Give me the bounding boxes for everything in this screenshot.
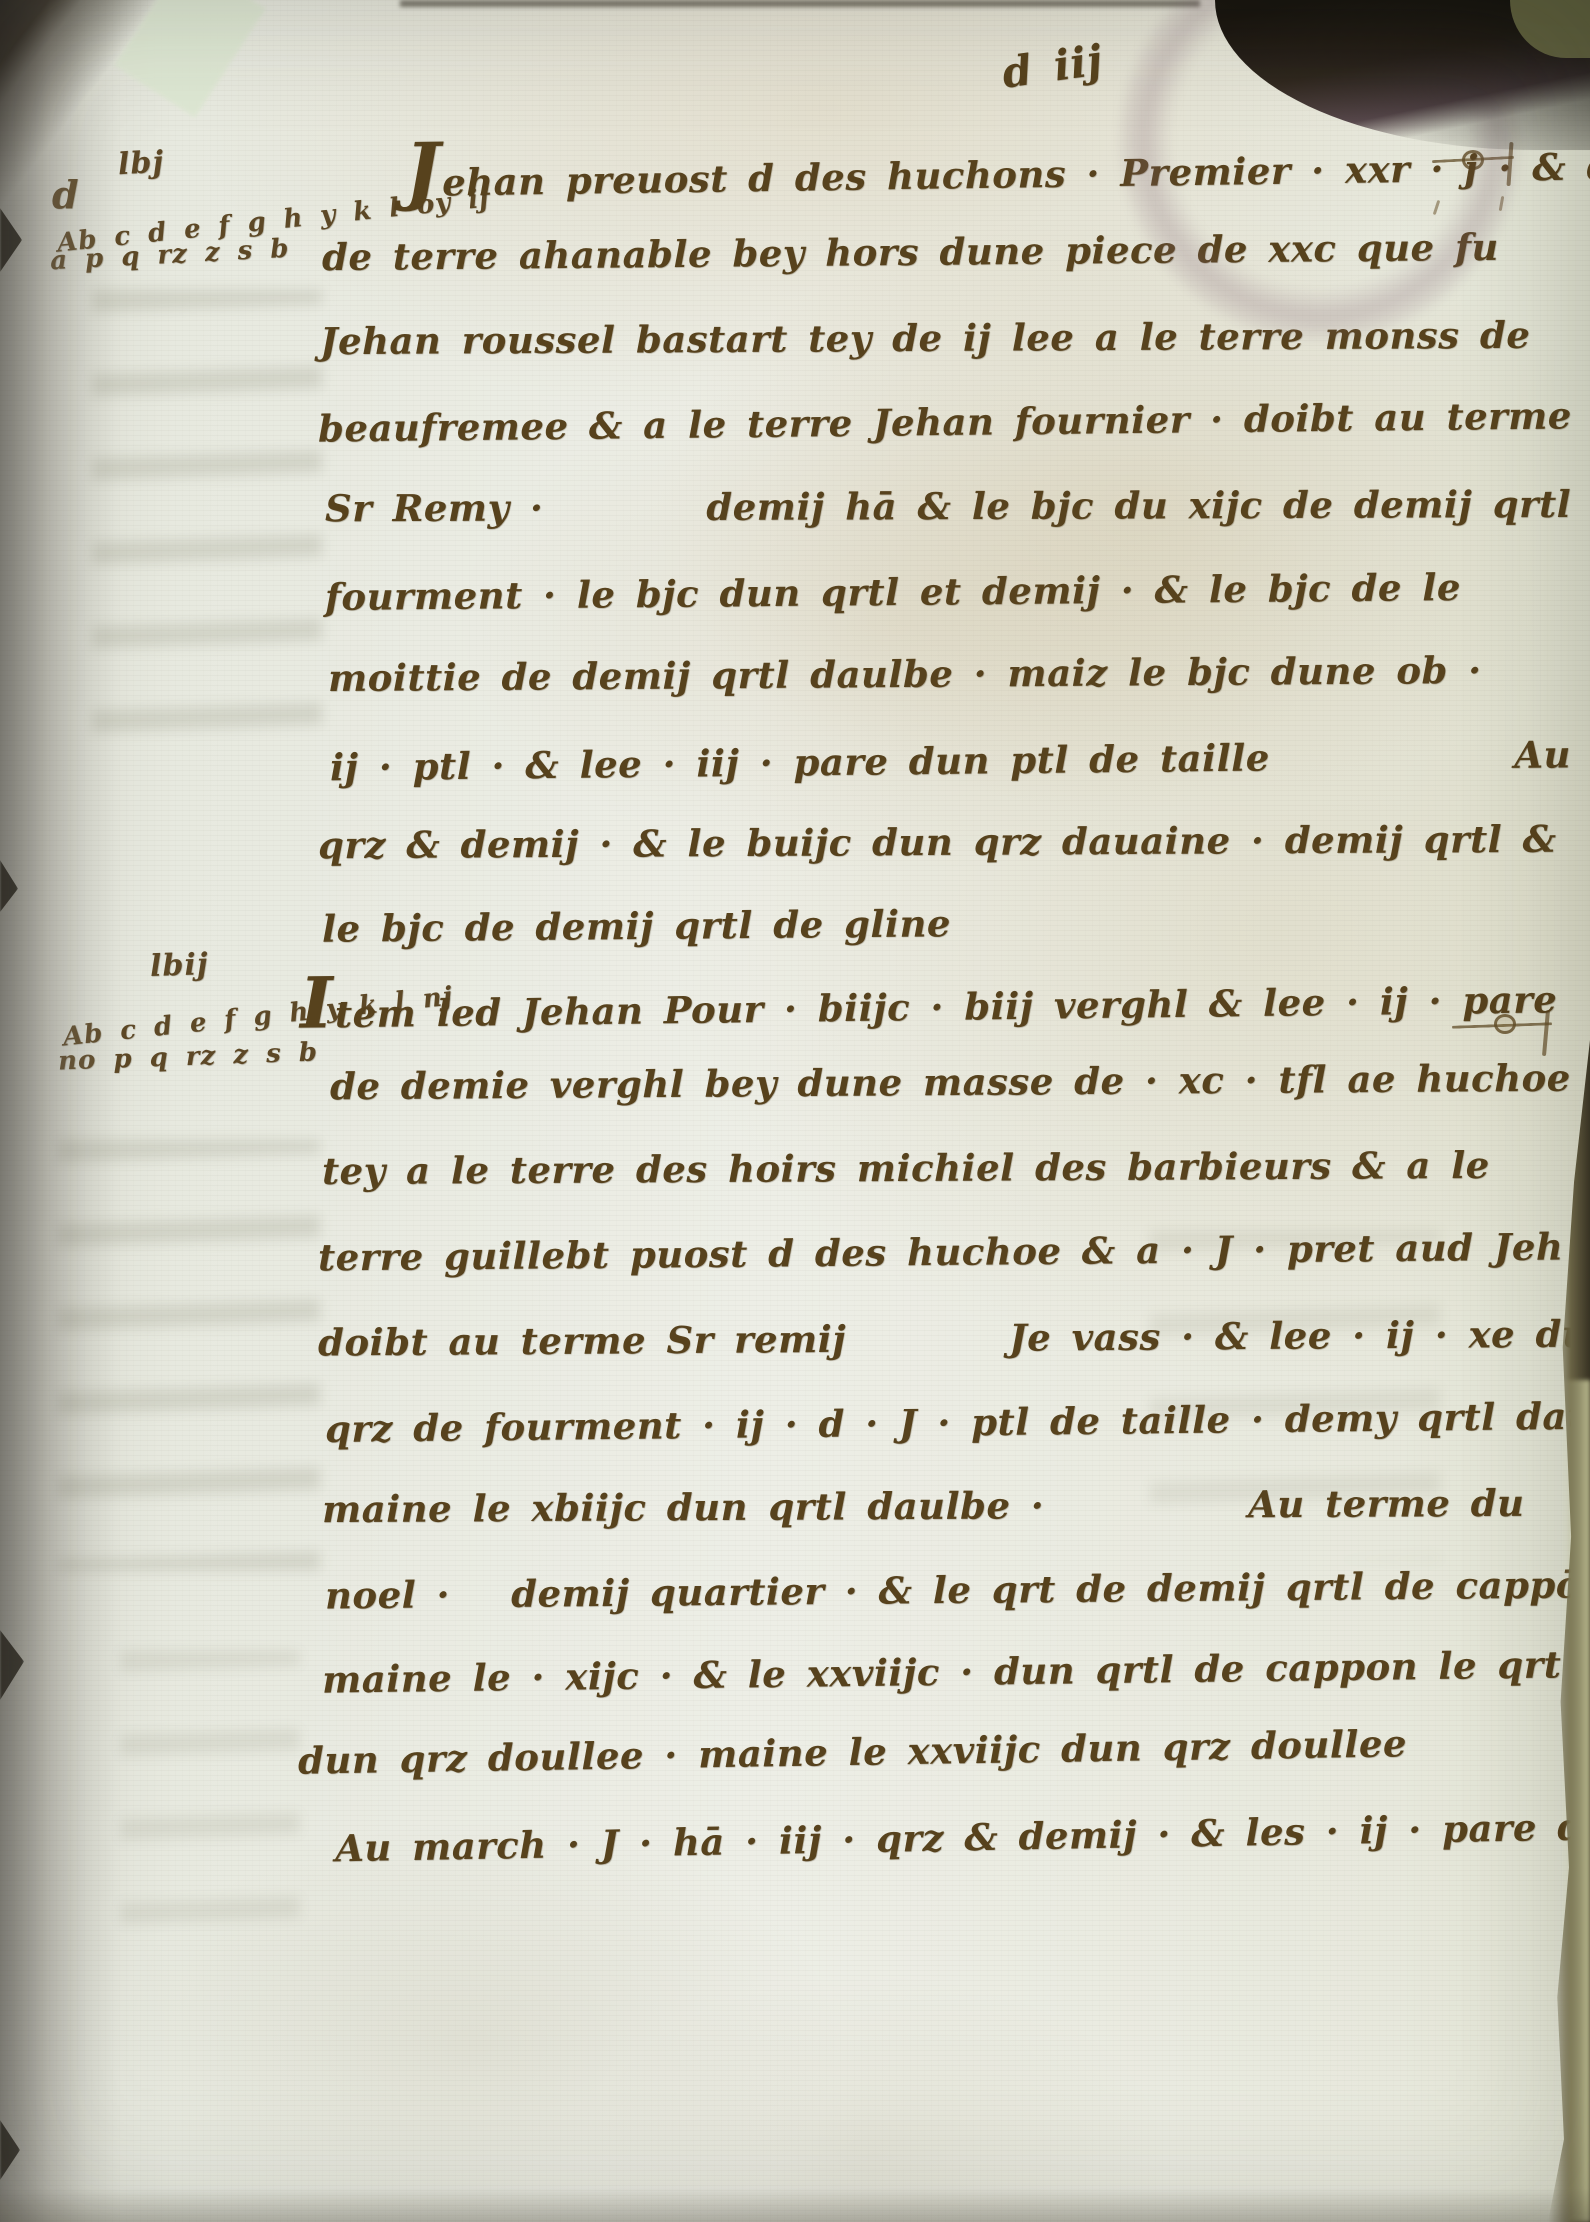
text-line: moittie de demij qrtl daulbe · maiz le b… xyxy=(328,650,1482,699)
text-line: de terre ahanable bey hors dune piece de… xyxy=(322,227,1499,278)
manuscript-photo: d iij 61 lbj d Ab c d e f g h y k l oy i… xyxy=(0,0,1590,2222)
text-line: tey a le terre des hoirs michiel des bar… xyxy=(322,1145,1490,1192)
text-line: le bjc de demij qrtl de gline xyxy=(322,903,951,949)
text-line: fourment · le bjc dun qrtl et demij · & … xyxy=(325,567,1461,618)
text-line: qrz & demij · & le buijc dun qrz dauaine… xyxy=(318,819,1557,866)
text-line: doibt au terme Sr remij Je vass · & lee … xyxy=(318,1313,1590,1363)
margin-heading-2: lbij xyxy=(149,947,209,984)
margin-heading-1: lbj xyxy=(117,145,165,182)
text-line: Sr Remy · demij hā & le bjc du xijc de d… xyxy=(325,484,1590,529)
text-line: Jehan roussel bastart tey de ij lee a le… xyxy=(320,315,1531,362)
text-line: de demie verghl bey dune masse de · xc ·… xyxy=(330,1058,1571,1107)
text-line: maine le xbiijc dun qrtl daulbe · Au ter… xyxy=(322,1483,1525,1530)
margin-initial-mark: d xyxy=(52,172,80,217)
